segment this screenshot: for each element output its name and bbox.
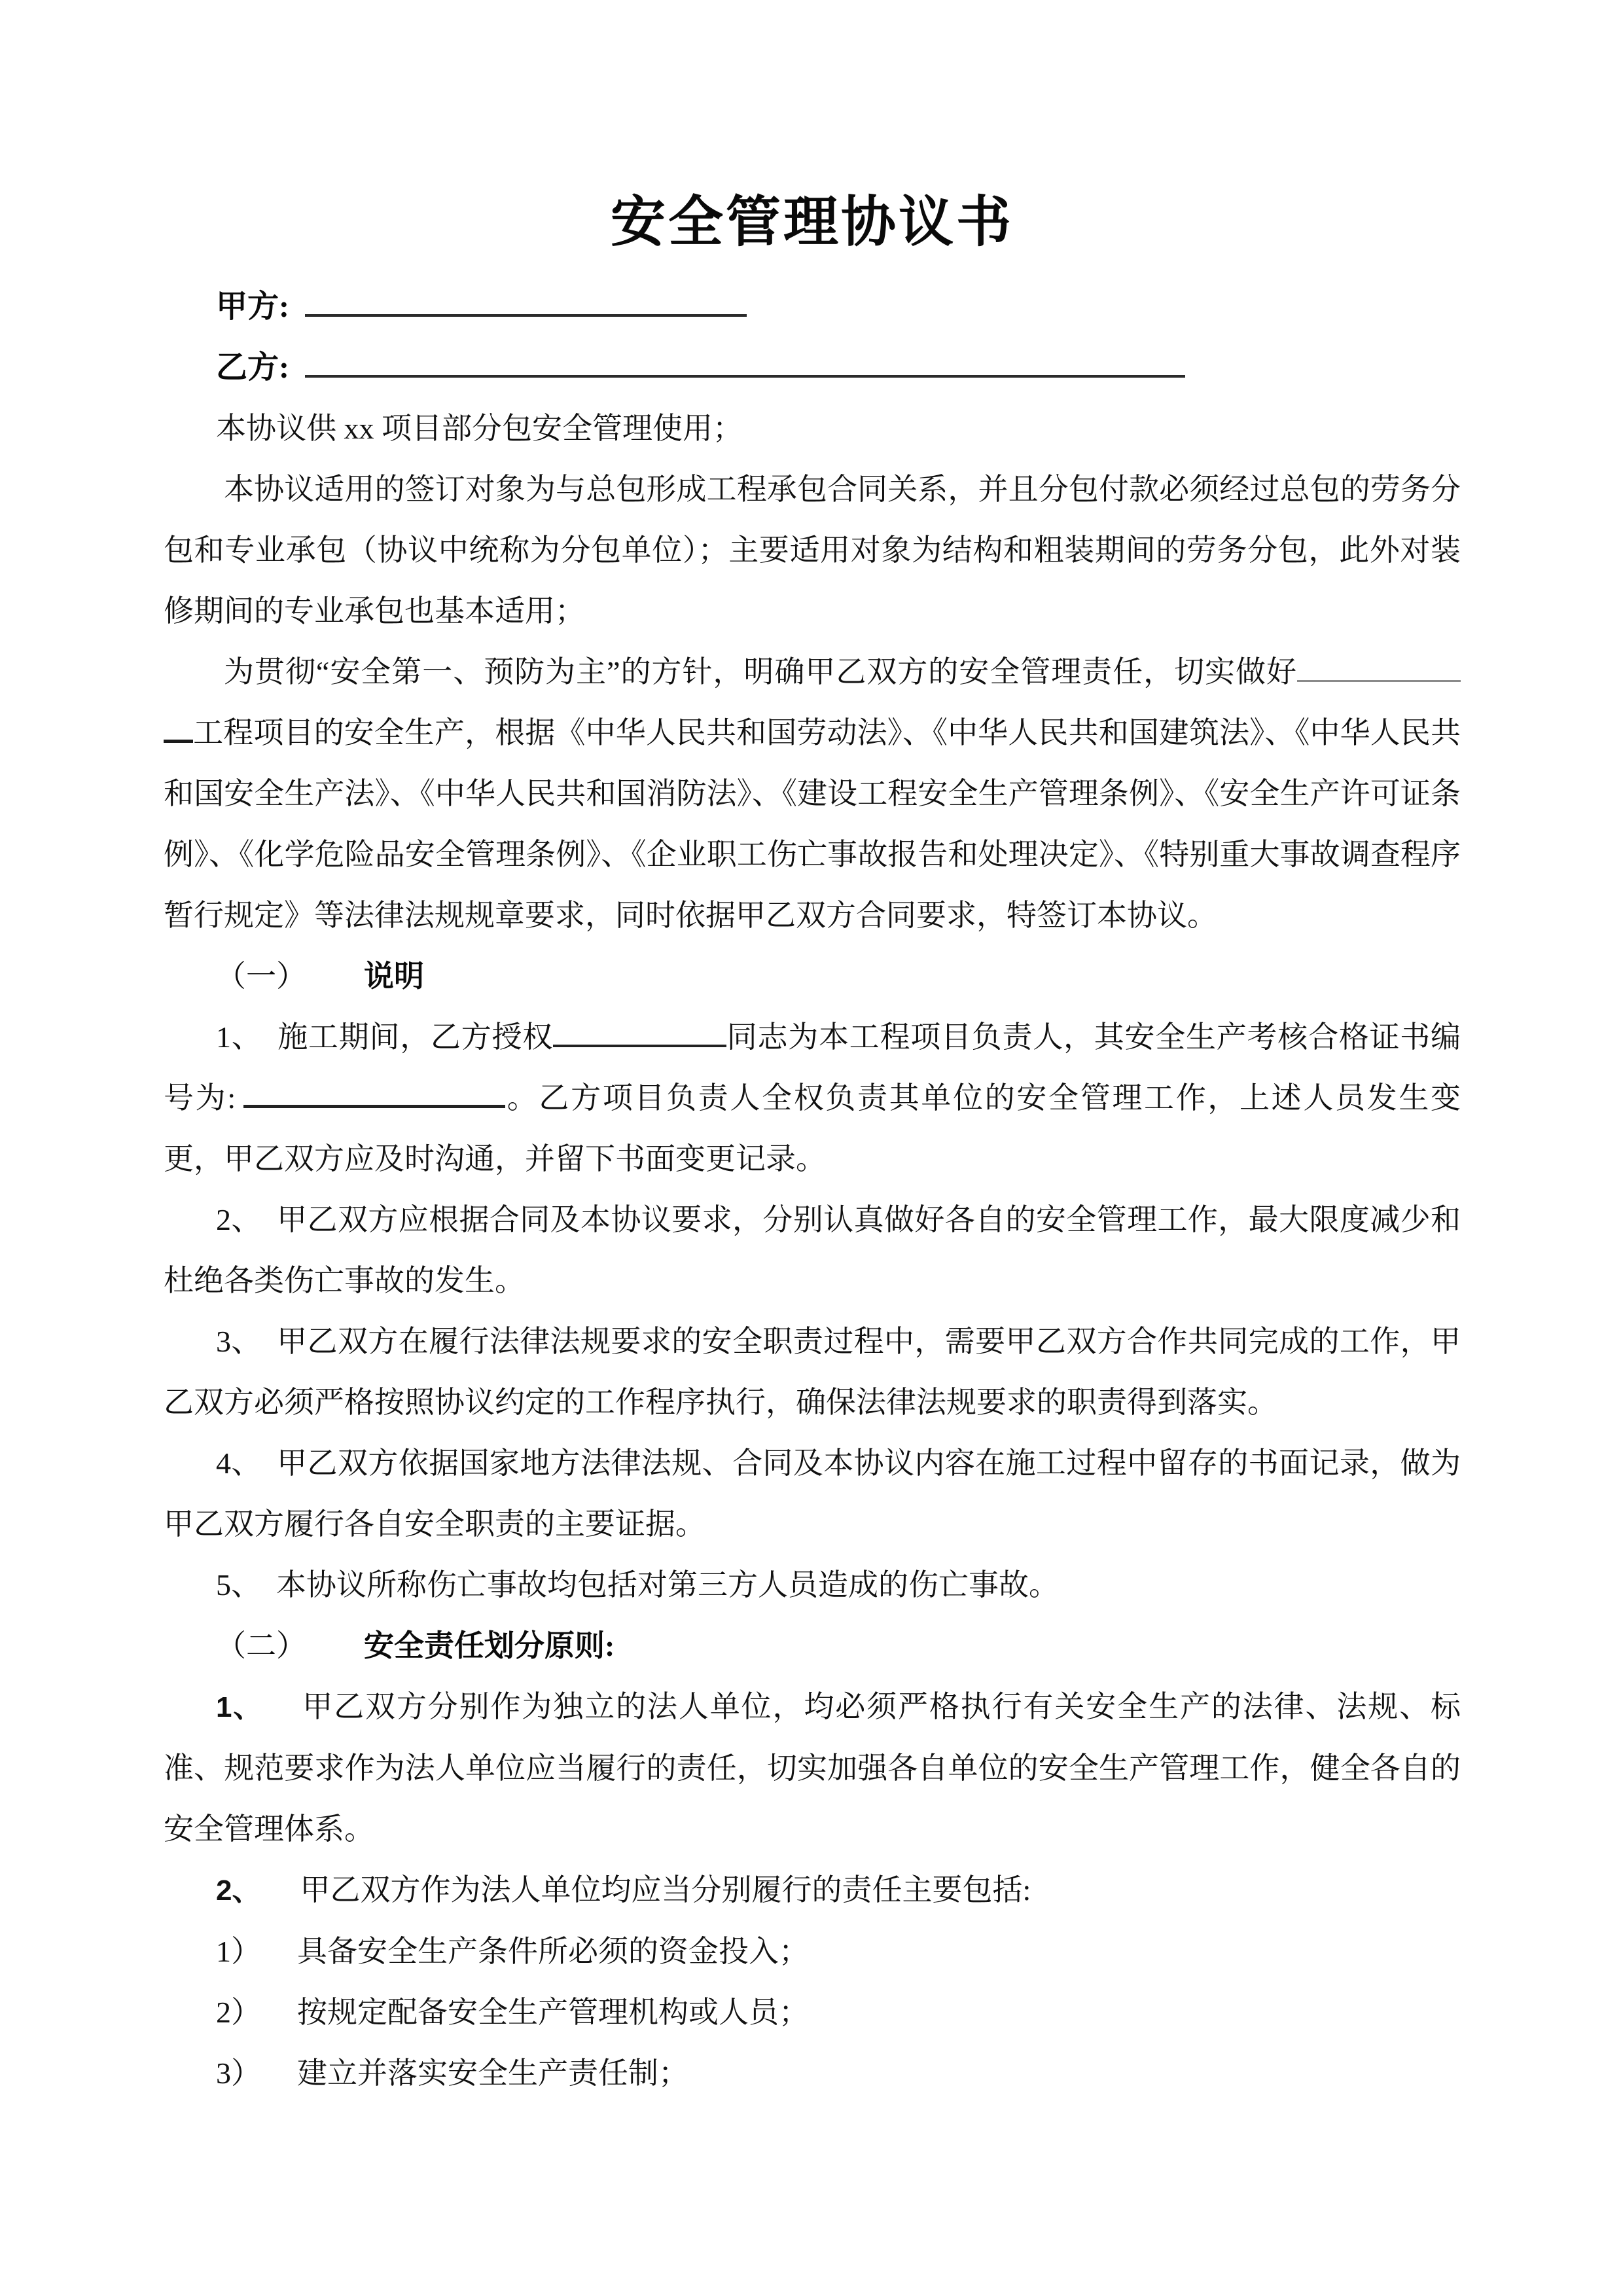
party-b-blank-line xyxy=(305,346,1185,378)
section1-item-3: 3、 甲乙双方在履行法律法规要求的安全职责过程中，需要甲乙双方合作共同完成的工作… xyxy=(164,1311,1461,1433)
document-page: 安全管理协议书 甲方: 乙方: 本协议供 xx 项目部分包安全管理使用； 本协议… xyxy=(0,0,1623,2296)
section-2-title: 安全责任划分原则: xyxy=(364,1629,615,1662)
section2-subitem-2-number: 2） xyxy=(216,1996,261,2029)
authorized-person-blank-line xyxy=(553,1016,726,1047)
party-a-row: 甲方: xyxy=(164,276,1461,337)
section-1-number: （一） xyxy=(216,960,306,993)
section1-item-4: 4、 甲乙双方依据国家地方法律法规、合同及本协议内容在施工过程中留存的书面记录，… xyxy=(164,1433,1461,1554)
party-a-label: 甲方: xyxy=(216,289,289,324)
policy-text-post: 工程项目的安全生产，根据《中华人民共和国劳动法》、《中华人民共和国建筑法》、《中… xyxy=(164,716,1461,932)
section2-item-1-text: 甲乙双方分别作为独立的法人单位，均必须严格执行有关安全生产的法律、法规、标准、规… xyxy=(164,1690,1461,1846)
project-name-blank-line xyxy=(1297,651,1461,682)
party-block: 甲方: 乙方: xyxy=(164,276,1461,398)
party-a-blank-line xyxy=(305,285,747,317)
section2-item-1: 1、甲乙双方分别作为独立的法人单位，均必须严格执行有关安全生产的法律、法规、标准… xyxy=(164,1676,1461,1859)
party-b-row: 乙方: xyxy=(164,337,1461,398)
intro-paragraph: 本协议供 xx 项目部分包安全管理使用； xyxy=(164,398,1461,459)
party-b-label: 乙方: xyxy=(216,350,289,385)
section1-item-1: 1、 施工期间，乙方授权同志为本工程项目负责人，其安全生产考核合格证书编号为:。… xyxy=(164,1007,1461,1189)
section2-subitem-3-text: 建立并落实安全生产责任制； xyxy=(297,2056,688,2090)
section2-subitem-3-number: 3） xyxy=(216,2056,261,2090)
document-content: 安全管理协议书 甲方: 乙方: 本协议供 xx 项目部分包安全管理使用； 本协议… xyxy=(164,0,1461,2104)
policy-paragraph: 为贯彻“安全第一、预防为主”的方针，明确甲乙双方的安全管理责任，切实做好工程项目… xyxy=(164,641,1461,946)
project-name-blank-tail xyxy=(164,711,193,743)
section2-item-2: 2、甲乙双方作为法人单位均应当分别履行的责任主要包括: xyxy=(164,1859,1461,1921)
item1-text-pre: 1、 施工期间，乙方授权 xyxy=(216,1020,553,1054)
section-1-title: 说明 xyxy=(364,960,424,993)
section1-item-2: 2、 甲乙双方应根据合同及本协议要求，分别认真做好各自的安全管理工作，最大限度减… xyxy=(164,1189,1461,1311)
section2-subitem-3: 3）建立并落实安全生产责任制； xyxy=(164,2043,1461,2104)
section2-subitem-1-text: 具备安全生产条件所必须的资金投入； xyxy=(297,1935,809,1968)
section2-item-2-text: 甲乙双方作为法人单位均应当分别履行的责任主要包括: xyxy=(300,1873,1031,1907)
scope-paragraph: 本协议适用的签订对象为与总包形成工程承包合同关系，并且分包付款必须经过总包的劳务… xyxy=(164,459,1461,641)
section-2-heading: （二）安全责任划分原则: xyxy=(164,1615,1461,1676)
document-title: 安全管理协议书 xyxy=(164,0,1461,250)
policy-text-pre: 为贯彻“安全第一、预防为主”的方针，明确甲乙双方的安全管理责任，切实做好 xyxy=(224,655,1297,689)
section2-item-1-number: 1、 xyxy=(216,1691,263,1723)
section-1-heading: （一）说明 xyxy=(164,946,1461,1007)
certificate-number-blank-line xyxy=(243,1076,505,1108)
section2-subitem-1: 1）具备安全生产条件所必须的资金投入； xyxy=(164,1921,1461,1982)
section-2-number: （二） xyxy=(216,1629,306,1662)
section2-subitem-2: 2）按规定配备安全生产管理机构或人员； xyxy=(164,1982,1461,2043)
section1-item-5: 5、 本协议所称伤亡事故均包括对第三方人员造成的伤亡事故。 xyxy=(164,1554,1461,1615)
section2-item-2-number: 2、 xyxy=(216,1874,260,1907)
section2-subitem-1-number: 1） xyxy=(216,1935,261,1968)
section2-subitem-2-text: 按规定配备安全生产管理机构或人员； xyxy=(297,1996,809,2029)
